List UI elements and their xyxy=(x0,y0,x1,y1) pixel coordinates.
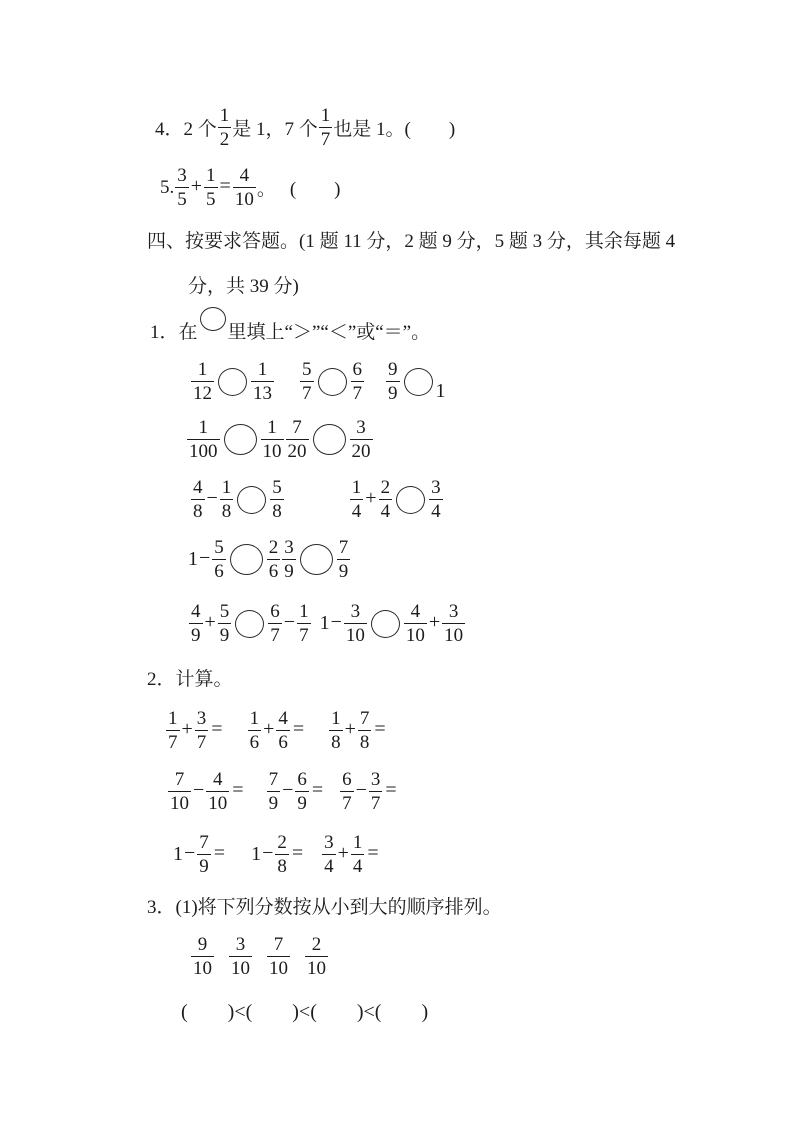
fraction-numerator: 7 xyxy=(267,769,281,790)
fraction: 56 xyxy=(212,537,226,583)
fraction-bar xyxy=(251,381,274,382)
fraction: 78 xyxy=(358,708,372,754)
fraction: 34 xyxy=(322,832,336,878)
fraction-denominator: 7 xyxy=(300,383,314,404)
fraction: 16 xyxy=(248,708,262,754)
equals-sign: = xyxy=(211,718,222,741)
fraction-denominator: 7 xyxy=(195,732,209,753)
fraction-bar xyxy=(206,791,229,792)
fraction: 310 xyxy=(344,601,367,647)
fraction: 58 xyxy=(270,477,284,523)
fraction-bar xyxy=(204,187,218,188)
fraction-numerator: 1 xyxy=(265,417,279,438)
fraction-bar xyxy=(261,439,284,440)
spacer xyxy=(275,381,299,382)
fraction: 710 xyxy=(168,769,191,815)
equals-sign: = xyxy=(293,718,304,741)
section-four-heading-line2: 分，共 39 分) xyxy=(188,274,299,299)
fraction-bar xyxy=(350,439,373,440)
fraction-denominator: 10 xyxy=(261,441,284,462)
fraction-bar xyxy=(319,127,333,128)
fraction: 310 xyxy=(229,934,252,980)
fraction-numerator: 4 xyxy=(409,601,423,622)
fraction: 59 xyxy=(218,601,232,647)
answer-circle xyxy=(230,544,263,575)
fraction-bar xyxy=(166,730,180,731)
fraction-denominator: 4 xyxy=(429,501,443,522)
fraction-numerator: 1 xyxy=(350,477,364,498)
q1-compare-row-2: 1100110720320 xyxy=(186,417,374,463)
spacer xyxy=(312,623,320,624)
fraction-denominator: 9 xyxy=(267,793,281,814)
equals-sign: = xyxy=(292,842,303,865)
fraction-bar xyxy=(350,499,364,500)
fraction-numerator: 7 xyxy=(197,832,211,853)
fraction-numerator: 7 xyxy=(337,537,351,558)
operator: − xyxy=(262,842,273,865)
fraction-numerator: 1 xyxy=(204,165,218,186)
operator: − xyxy=(193,779,204,802)
fraction: 37 xyxy=(369,769,383,815)
fraction-numerator: 7 xyxy=(173,769,187,790)
fraction-numerator: 5 xyxy=(270,477,284,498)
text-fragment: 。 xyxy=(257,174,276,201)
fraction-denominator: 10 xyxy=(404,625,427,646)
text-fragment: ( ) xyxy=(290,174,341,201)
q2-calc-row-1: 17+37=16+46=18+78= xyxy=(165,708,386,754)
text-fragment: 是 1，7 个 xyxy=(232,114,318,141)
fraction: 18 xyxy=(220,477,234,523)
answer-circle xyxy=(200,307,226,331)
fraction-numerator: 5 xyxy=(218,601,232,622)
operator: − xyxy=(356,779,367,802)
fraction: 17 xyxy=(297,601,311,647)
fraction-numerator: 3 xyxy=(195,708,209,729)
fraction: 57 xyxy=(300,359,314,405)
fraction: 14 xyxy=(351,832,365,878)
fraction-bar xyxy=(218,623,232,624)
fraction-denominator: 7 xyxy=(351,383,365,404)
fraction-bar xyxy=(286,439,309,440)
answer-circle xyxy=(313,424,346,455)
fraction-numerator: 1 xyxy=(196,359,210,380)
operator: − xyxy=(207,487,218,510)
operator: + xyxy=(205,611,216,634)
fraction-bar xyxy=(175,187,189,188)
fraction: 210 xyxy=(305,934,328,980)
fraction-numerator: 1 xyxy=(256,359,270,380)
spacer xyxy=(323,791,339,792)
fraction: 1100 xyxy=(187,417,220,463)
fraction-denominator: 7 xyxy=(297,625,311,646)
fraction-bar xyxy=(229,956,252,957)
fraction-denominator: 10 xyxy=(233,189,256,210)
answer-circle xyxy=(237,486,266,514)
answer-circle xyxy=(224,424,257,455)
fraction-bar xyxy=(337,559,351,560)
fraction: 18 xyxy=(329,708,343,754)
worksheet-page: 4．2 个12是 1，7 个17也是 1。( ) 5.35+15=410。( )… xyxy=(0,0,793,1122)
equals-sign: = xyxy=(367,842,378,865)
fraction-numerator: 1 xyxy=(351,832,365,853)
operator: + xyxy=(345,718,356,741)
fraction: 49 xyxy=(189,601,203,647)
fraction-bar xyxy=(270,499,284,500)
fraction-bar xyxy=(442,623,465,624)
fraction-denominator: 8 xyxy=(191,501,205,522)
fraction-denominator: 9 xyxy=(218,625,232,646)
number: 1 xyxy=(320,612,330,635)
fraction: 113 xyxy=(251,359,274,405)
fraction-denominator: 9 xyxy=(295,793,309,814)
fraction: 12 xyxy=(218,105,232,151)
fraction: 14 xyxy=(350,477,364,523)
equals-sign: = xyxy=(312,779,323,802)
fraction-numerator: 1 xyxy=(166,708,180,729)
fraction-bar xyxy=(322,854,336,855)
equals-sign: = xyxy=(374,718,385,741)
fraction-denominator: 9 xyxy=(197,856,211,877)
fraction-denominator: 5 xyxy=(175,189,189,210)
fraction-numerator: 4 xyxy=(211,769,225,790)
answer-circle xyxy=(318,368,347,396)
fraction: 26 xyxy=(267,537,281,583)
fraction-denominator: 8 xyxy=(358,732,372,753)
fraction-bar xyxy=(248,730,262,731)
spacer xyxy=(225,854,251,855)
fraction-numerator: 2 xyxy=(267,537,281,558)
spacer xyxy=(215,956,228,957)
number: 1 xyxy=(188,548,198,571)
equals-sign: = xyxy=(232,779,243,802)
spacer xyxy=(223,730,247,731)
fraction-denominator: 4 xyxy=(322,856,336,877)
fraction-bar xyxy=(189,623,203,624)
fraction-bar xyxy=(267,956,290,957)
equals-sign: = xyxy=(214,842,225,865)
fraction: 710 xyxy=(267,934,290,980)
fraction-denominator: 9 xyxy=(337,561,351,582)
fraction-numerator: 3 xyxy=(349,601,363,622)
fraction: 34 xyxy=(429,477,443,523)
fraction-numerator: 6 xyxy=(268,601,282,622)
fraction-denominator: 6 xyxy=(248,732,262,753)
fraction-denominator: 7 xyxy=(369,793,383,814)
fraction-numerator: 1 xyxy=(319,105,333,126)
q1-label: 1．在里填上“＞”“＜”或“＝”。 xyxy=(150,317,430,344)
fraction-bar xyxy=(267,791,281,792)
fraction-numerator: 4 xyxy=(238,165,252,186)
q3-fraction-list: 910310710210 xyxy=(190,934,329,980)
text-fragment: 5. xyxy=(160,177,174,199)
fraction-numerator: 5 xyxy=(212,537,226,558)
fraction-denominator: 20 xyxy=(350,441,373,462)
judge-item-4: 4．2 个12是 1，7 个17也是 1。( ) xyxy=(155,105,455,151)
spacer xyxy=(253,956,266,957)
q2-label: 2．计算。 xyxy=(147,667,233,692)
fraction: 410 xyxy=(206,769,229,815)
fraction-bar xyxy=(344,623,367,624)
fraction-denominator: 13 xyxy=(251,383,274,404)
answer-circle xyxy=(300,544,333,575)
fraction-bar xyxy=(267,559,281,560)
fraction-bar xyxy=(369,791,383,792)
operator: + xyxy=(182,718,193,741)
operator: + xyxy=(338,842,349,865)
operator: = xyxy=(220,175,231,198)
fraction-numerator: 3 xyxy=(354,417,368,438)
fraction-numerator: 1 xyxy=(329,708,343,729)
operator: − xyxy=(184,842,195,865)
fraction-denominator: 7 xyxy=(319,129,333,150)
fraction-denominator: 7 xyxy=(166,732,180,753)
fraction-denominator: 4 xyxy=(350,501,364,522)
fraction: 46 xyxy=(276,708,290,754)
fraction: 39 xyxy=(282,537,296,583)
spacer xyxy=(285,499,349,500)
fraction-bar xyxy=(300,381,314,382)
operator: + xyxy=(365,487,376,510)
fraction-numerator: 6 xyxy=(340,769,354,790)
fraction-numerator: 2 xyxy=(310,934,324,955)
q1-compare-row-3: 48−185814+2434 xyxy=(190,477,444,523)
fraction-denominator: 10 xyxy=(191,958,214,979)
fraction-numerator: 3 xyxy=(447,601,461,622)
spacer xyxy=(304,730,328,731)
fraction-bar xyxy=(282,559,296,560)
fraction-denominator: 8 xyxy=(220,501,234,522)
fraction: 79 xyxy=(267,769,281,815)
fraction-denominator: 7 xyxy=(268,625,282,646)
q3-answer-line: ( )<( )<( )<( ) xyxy=(181,1000,428,1025)
fraction-denominator: 9 xyxy=(282,561,296,582)
fraction-numerator: 4 xyxy=(189,601,203,622)
fraction-numerator: 3 xyxy=(175,165,189,186)
fraction-numerator: 2 xyxy=(275,832,289,853)
answer-circle xyxy=(371,610,400,638)
fraction-numerator: 3 xyxy=(429,477,443,498)
fraction-bar xyxy=(351,854,365,855)
fraction: 99 xyxy=(386,359,400,405)
fraction: 67 xyxy=(340,769,354,815)
operator: − xyxy=(284,611,295,634)
fraction-denominator: 9 xyxy=(386,383,400,404)
fraction-denominator: 10 xyxy=(206,793,229,814)
fraction: 410 xyxy=(404,601,427,647)
spacer xyxy=(244,791,266,792)
fraction-bar xyxy=(295,791,309,792)
fraction-bar xyxy=(191,499,205,500)
text-fragment: 里填上“＞”“＜”或“＝”。 xyxy=(228,317,431,344)
q2-calc-row-3: 1−79=1−28=34+14= xyxy=(173,832,379,878)
fraction-denominator: 6 xyxy=(212,561,226,582)
q1-compare-row-5: 49+5967−171−310410+310 xyxy=(188,601,466,647)
fraction-bar xyxy=(305,956,328,957)
fraction-bar xyxy=(218,127,232,128)
fraction-bar xyxy=(268,623,282,624)
fraction-denominator: 10 xyxy=(305,958,328,979)
fraction: 67 xyxy=(268,601,282,647)
spacer xyxy=(276,187,290,188)
text-fragment: 4．2 个 xyxy=(155,114,217,141)
fraction-bar xyxy=(275,854,289,855)
fraction-bar xyxy=(197,854,211,855)
fraction: 79 xyxy=(197,832,211,878)
fraction-numerator: 3 xyxy=(369,769,383,790)
fraction-denominator: 7 xyxy=(340,793,354,814)
fraction-denominator: 6 xyxy=(276,732,290,753)
fraction-numerator: 4 xyxy=(276,708,290,729)
fraction: 910 xyxy=(191,934,214,980)
fraction: 37 xyxy=(195,708,209,754)
fraction: 17 xyxy=(166,708,180,754)
fraction: 24 xyxy=(379,477,393,523)
fraction-bar xyxy=(212,559,226,560)
fraction-bar xyxy=(351,381,365,382)
fraction-bar xyxy=(340,791,354,792)
fraction: 28 xyxy=(275,832,289,878)
operator: − xyxy=(331,611,342,634)
operator: + xyxy=(191,175,202,198)
fraction-denominator: 10 xyxy=(442,625,465,646)
operator: − xyxy=(199,547,210,570)
fraction-denominator: 4 xyxy=(351,856,365,877)
fraction-denominator: 10 xyxy=(168,793,191,814)
fraction-numerator: 6 xyxy=(295,769,309,790)
q1-compare-row-4: 1−56263979 xyxy=(188,537,351,583)
fraction-denominator: 5 xyxy=(204,189,218,210)
fraction-bar xyxy=(168,791,191,792)
fraction-bar xyxy=(195,730,209,731)
fraction: 15 xyxy=(204,165,218,211)
fraction-bar xyxy=(429,499,443,500)
answer-circle xyxy=(218,368,247,396)
fraction-bar xyxy=(386,381,400,382)
text-fragment: 1．在 xyxy=(150,317,198,344)
fraction-numerator: 7 xyxy=(290,417,304,438)
fraction-numerator: 4 xyxy=(191,477,205,498)
fraction-denominator: 20 xyxy=(286,441,309,462)
fraction-denominator: 4 xyxy=(379,501,393,522)
fraction-bar xyxy=(297,623,311,624)
fraction: 35 xyxy=(175,165,189,211)
q2-calc-row-2: 710−410=79−69=67−37= xyxy=(167,769,397,815)
fraction: 79 xyxy=(337,537,351,583)
operator: + xyxy=(429,611,440,634)
fraction-numerator: 9 xyxy=(196,934,210,955)
spacer xyxy=(365,381,385,382)
fraction-numerator: 1 xyxy=(197,417,211,438)
text-fragment: 也是 1。( ) xyxy=(333,114,455,141)
fraction: 310 xyxy=(442,601,465,647)
fraction-denominator: 9 xyxy=(189,625,203,646)
judge-item-5: 5.35+15=410。( ) xyxy=(160,165,340,211)
fraction-denominator: 8 xyxy=(275,856,289,877)
fraction-denominator: 2 xyxy=(218,129,232,150)
fraction: 110 xyxy=(261,417,284,463)
fraction: 410 xyxy=(233,165,256,211)
answer-circle xyxy=(396,486,425,514)
fraction-bar xyxy=(233,187,256,188)
fraction-bar xyxy=(404,623,427,624)
fraction-bar xyxy=(379,499,393,500)
number: 1 xyxy=(251,843,261,866)
fraction-bar xyxy=(191,956,214,957)
fraction-denominator: 10 xyxy=(229,958,252,979)
fraction-bar xyxy=(358,730,372,731)
operator: + xyxy=(263,718,274,741)
fraction-numerator: 1 xyxy=(248,708,262,729)
fraction-denominator: 10 xyxy=(344,625,367,646)
number: 1 xyxy=(436,380,446,403)
fraction-numerator: 7 xyxy=(272,934,286,955)
fraction-denominator: 100 xyxy=(187,441,220,462)
equals-sign: = xyxy=(385,779,396,802)
spacer xyxy=(303,854,321,855)
answer-circle xyxy=(404,368,433,396)
q3-label: 3．(1)将下列分数按从小到大的顺序排列。 xyxy=(147,895,502,920)
section-four-heading-line1: 四、按要求答题。(1 题 11 分，2 题 9 分，5 题 3 分，其余每题 4 xyxy=(147,229,675,254)
fraction-bar xyxy=(220,499,234,500)
fraction: 48 xyxy=(191,477,205,523)
fraction: 69 xyxy=(295,769,309,815)
fraction: 320 xyxy=(350,417,373,463)
fraction-numerator: 1 xyxy=(220,477,234,498)
fraction-numerator: 5 xyxy=(300,359,314,380)
fraction-denominator: 10 xyxy=(267,958,290,979)
fraction-numerator: 6 xyxy=(351,359,365,380)
spacer xyxy=(291,956,304,957)
fraction-bar xyxy=(187,439,220,440)
fraction-numerator: 1 xyxy=(218,105,232,126)
fraction: 720 xyxy=(286,417,309,463)
fraction: 17 xyxy=(319,105,333,151)
fraction-numerator: 3 xyxy=(234,934,248,955)
number: 1 xyxy=(173,843,183,866)
fraction-numerator: 9 xyxy=(386,359,400,380)
fraction: 67 xyxy=(351,359,365,405)
fraction-bar xyxy=(276,730,290,731)
fraction-bar xyxy=(329,730,343,731)
fraction-numerator: 1 xyxy=(297,601,311,622)
fraction: 112 xyxy=(191,359,214,405)
q1-compare-row-1: 1121135767991 xyxy=(190,359,446,405)
fraction-numerator: 2 xyxy=(379,477,393,498)
operator: − xyxy=(282,779,293,802)
fraction-bar xyxy=(191,381,214,382)
fraction-numerator: 3 xyxy=(322,832,336,853)
fraction-numerator: 7 xyxy=(358,708,372,729)
answer-circle xyxy=(235,610,264,638)
fraction-denominator: 12 xyxy=(191,383,214,404)
fraction-numerator: 3 xyxy=(282,537,296,558)
fraction-denominator: 8 xyxy=(329,732,343,753)
fraction-denominator: 6 xyxy=(267,561,281,582)
fraction-denominator: 8 xyxy=(270,501,284,522)
